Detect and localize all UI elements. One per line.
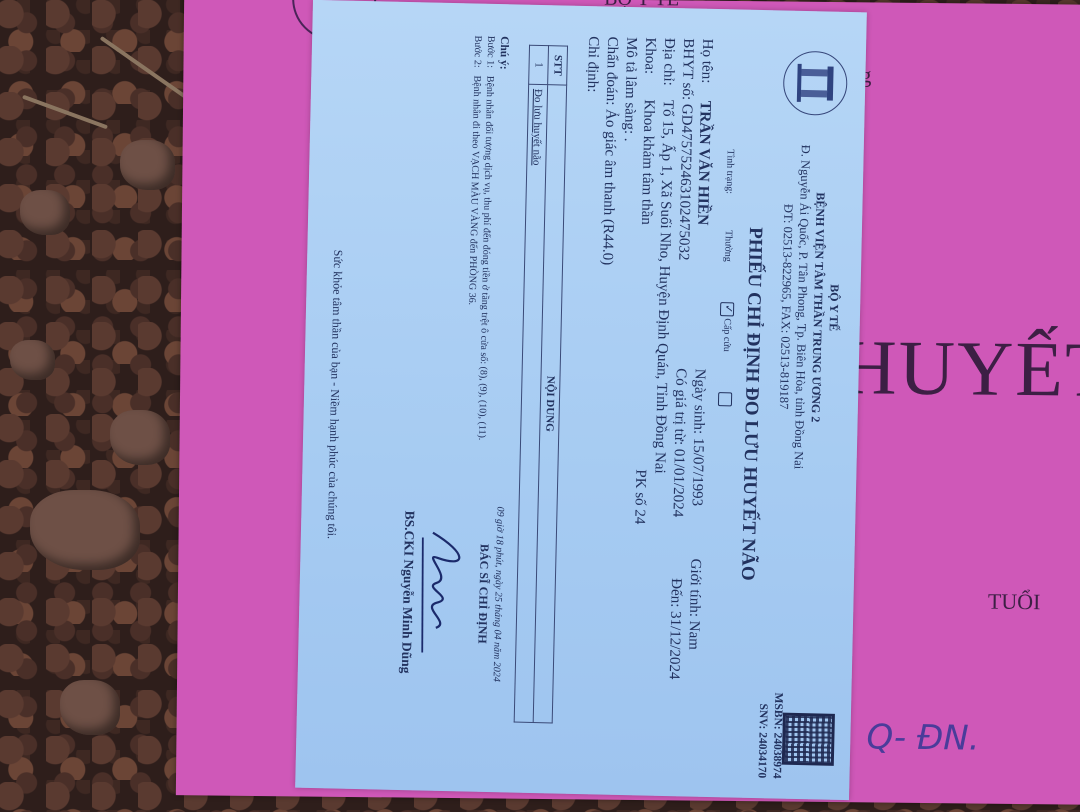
order-form: BỘ Y TẾ BỆNH VIỆN TÂM THẦN TRUNG ƯƠNG 2 … xyxy=(295,0,867,800)
booklet-age-label: TUỔI xyxy=(988,589,1041,616)
handwritten-signature-icon xyxy=(412,452,478,733)
booklet-handwriting: Q- ĐN. xyxy=(866,717,979,758)
clinical-description: Mô tả lâm sàng: . xyxy=(619,37,640,142)
gender: Giới tính: Nam xyxy=(683,558,704,650)
orders-label: Chỉ định: xyxy=(582,36,602,93)
qr-code-icon xyxy=(782,713,835,766)
hospital-slogan: Sức khỏe tâm thần của bạn - Niềm hạnh ph… xyxy=(318,0,351,788)
clinic-room: PK số 24 xyxy=(629,469,649,524)
status-option-normal[interactable]: Thường xyxy=(723,230,735,262)
status-option-emergency[interactable]: ✓ Cấp cứu xyxy=(719,298,734,352)
order-form-wrapper: BỘ Y TẾ BỆNH VIỆN TÂM THẦN TRUNG ƯƠNG 2 … xyxy=(304,6,858,794)
status-selector: Tình trạng: Thường ✓ Cấp cứu xyxy=(718,149,738,406)
booklet-title: HUYẾT xyxy=(840,322,1080,415)
name-label: Họ tên: xyxy=(696,39,716,101)
rock xyxy=(20,190,70,235)
patient-info: Họ tên: TRẦN VĂN HIỀN Ngày sinh: 15/07/1… xyxy=(567,36,717,769)
address-label: Địa chỉ: xyxy=(658,38,678,100)
form-title: PHIẾU CHỈ ĐỊNH ĐO LƯU HUYẾT NÃO xyxy=(731,10,771,798)
rock xyxy=(120,140,175,190)
rock xyxy=(110,410,170,465)
column-header-stt: STT xyxy=(548,46,568,85)
signature-block: 09 giờ 18 phút, ngày 25 tháng 04 năm 202… xyxy=(396,452,506,734)
rock xyxy=(30,490,140,570)
checkbox-empty-icon[interactable] xyxy=(718,392,732,406)
twig xyxy=(22,95,108,130)
department-label: Khoa: xyxy=(639,37,659,99)
checkbox-checked-icon[interactable]: ✓ xyxy=(720,302,734,316)
patient-ids: MSBN: 24038974 SNV: 24034170 xyxy=(753,692,785,779)
row-stt: 1 xyxy=(529,45,549,84)
status-option-blank[interactable] xyxy=(718,388,732,406)
form-header: BỘ Y TẾ BỆNH VIỆN TÂM THẦN TRUNG ƯƠNG 2 … xyxy=(839,52,848,452)
notes-section: Chú ý: Bước 1:Bệnh nhân đối tượng dịch v… xyxy=(462,35,510,440)
msbn-number: MSBN: 24038974 xyxy=(768,692,785,778)
insurance-valid-to: Đến: 31/12/2024 xyxy=(664,578,685,680)
rock xyxy=(60,680,120,735)
status-label: Tình trạng: xyxy=(724,149,736,194)
orders-table: STT NỘI DUNG 1 Đo lưu huyết não xyxy=(514,45,568,724)
snv-number: SNV: 24034170 xyxy=(753,692,770,778)
rock xyxy=(10,340,55,380)
